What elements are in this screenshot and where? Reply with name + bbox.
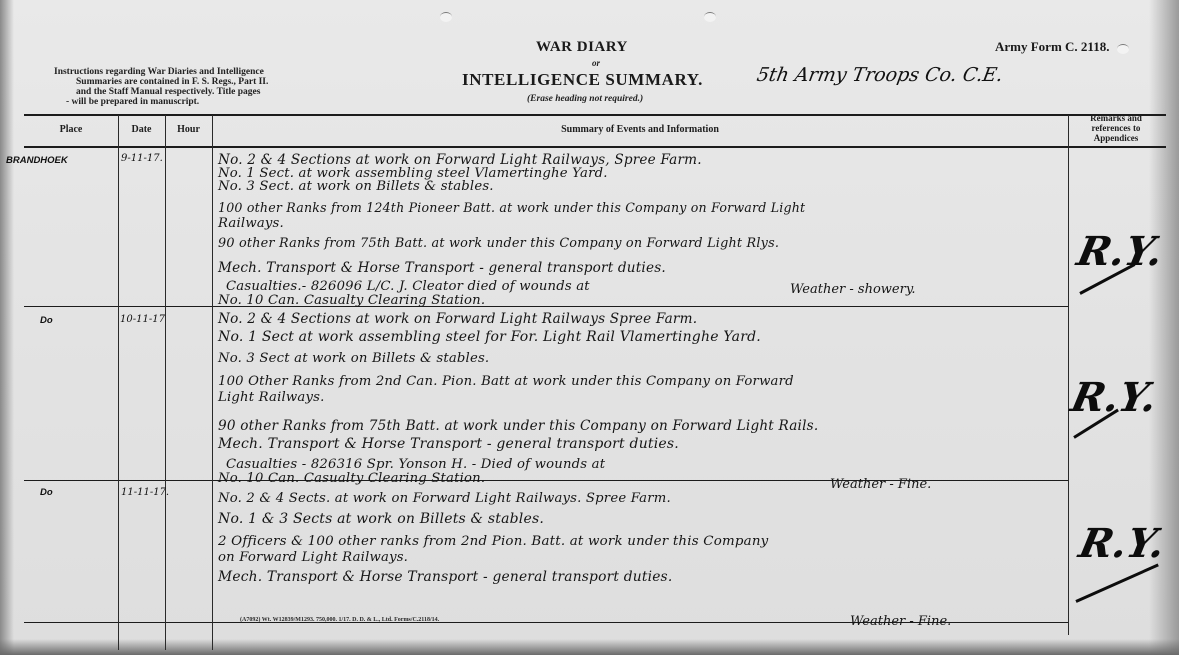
entry-date: 11-11-17. [121, 487, 169, 498]
entry-line: No. 10 Can. Casualty Clearing Station. [218, 471, 485, 486]
column-header-date: Date [118, 124, 165, 135]
form-title-or: or [592, 58, 600, 68]
initials-underline [1075, 564, 1158, 603]
entry-place: Do [40, 487, 53, 498]
entry-line: No. 2 & 4 Sections at work on Forward Li… [218, 311, 697, 327]
entry-line: 100 other Ranks from 124th Pioneer Batt.… [218, 200, 805, 215]
entry-line: Light Railways. [218, 390, 325, 405]
punch-hole-icon [704, 12, 716, 22]
entry-line: Railways. [218, 216, 284, 231]
instructions-line: Summaries are contained in F. S. Regs., … [54, 77, 324, 87]
entry-line: Mech. Transport & Horse Transport - gene… [218, 260, 666, 276]
entry-weather: Weather - showery. [790, 282, 916, 297]
unit-name-handwritten: 5th Army Troops Co. C.E. [755, 64, 1005, 86]
table-header-rule [24, 146, 1166, 148]
entry-date: 10-11-17 [120, 314, 165, 325]
remarks-initials: R.Y. [1075, 520, 1169, 567]
remarks-header-line: Appendices [1068, 133, 1164, 143]
page-edge-shadow-bottom [0, 639, 1179, 655]
entry-line: Mech. Transport & Horse Transport - gene… [218, 569, 672, 585]
column-header-remarks: Remarks and references to Appendices [1068, 113, 1164, 143]
form-subtitle: INTELLIGENCE SUMMARY. [462, 70, 703, 90]
entry-line: Mech. Transport & Horse Transport - gene… [218, 436, 679, 452]
column-header-place: Place [24, 124, 118, 135]
entry-line: 90 other Ranks from 75th Batt. at work u… [218, 418, 818, 434]
column-header-hour: Hour [165, 124, 212, 135]
form-title: WAR DIARY [536, 39, 628, 56]
entry-line: No. 1 Sect at work assembling steel for … [218, 329, 761, 345]
entry-line: Casualties - 826316 Spr. Yonson H. - Die… [226, 457, 605, 472]
instructions-line: and the Staff Manual respectively. Title… [54, 87, 324, 97]
war-diary-page: Instructions regarding War Diaries and I… [0, 0, 1179, 655]
entry-weather: Weather - Fine. [850, 614, 951, 629]
remarks-initials: R.Y. [1073, 228, 1167, 275]
entry-line: No. 3 Sect. at work on Billets & stables… [218, 179, 494, 194]
column-divider-place-date [118, 115, 119, 650]
column-divider-date-hour [165, 115, 166, 650]
entry-line: No. 1 & 3 Sects at work on Billets & sta… [218, 511, 544, 527]
entry-place: Do [40, 315, 53, 326]
remarks-header-line: references to [1068, 123, 1164, 133]
entry-date: 9-11-17. [121, 153, 163, 164]
entry-line: 90 other Ranks from 75th Batt. at work u… [218, 236, 779, 251]
entry-line: on Forward Light Railways. [218, 550, 408, 565]
entry-line: Casualties.- 826096 L/C. J. Cleator died… [226, 279, 590, 294]
entry-line: 100 Other Ranks from 2nd Can. Pion. Batt… [218, 374, 794, 389]
remarks-header-line: Remarks and [1068, 113, 1164, 123]
table-top-rule [24, 114, 1166, 116]
column-divider-summary-remarks [1068, 115, 1069, 635]
punch-hole-icon [440, 12, 452, 22]
entry-weather: Weather - Fine. [830, 477, 931, 492]
army-form-number: Army Form C. 2118. [995, 39, 1109, 55]
entry-place: BRANDHOEK [6, 155, 68, 166]
entry-separator [24, 306, 1069, 307]
entry-line: No. 10 Can. Casualty Clearing Station. [218, 293, 485, 308]
page-edge-shadow-left [0, 0, 14, 655]
entry-line: No. 2 & 4 Sects. at work on Forward Ligh… [218, 491, 671, 506]
form-instructions: Instructions regarding War Diaries and I… [54, 67, 324, 107]
entry-line: 2 Officers & 100 other ranks from 2nd Pi… [218, 534, 768, 549]
column-header-summary: Summary of Events and Information [212, 124, 1068, 135]
form-erase-note: (Erase heading not required.) [527, 94, 643, 104]
instructions-line: - will be prepared in manuscript. [54, 97, 324, 107]
entry-line: No. 3 Sect at work on Billets & stables. [218, 351, 489, 366]
printer-imprint: (A7092) Wt. W12839/M1293. 750,000. 1/17.… [240, 617, 439, 623]
column-divider-hour-summary [212, 115, 213, 650]
instructions-line: Instructions regarding War Diaries and I… [54, 67, 324, 77]
punch-hole-icon [1117, 44, 1129, 54]
